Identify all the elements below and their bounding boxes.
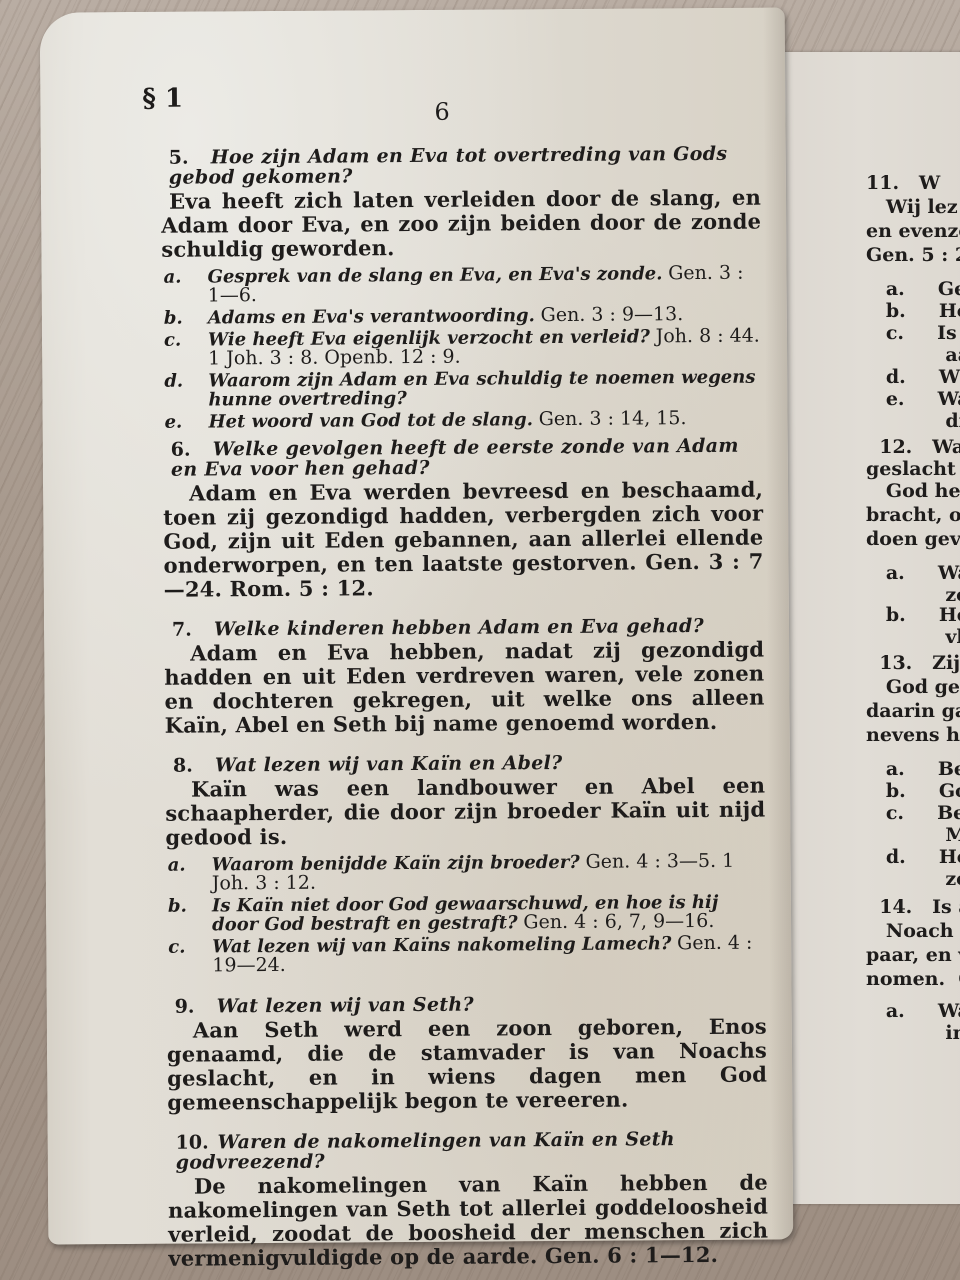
answer: Adam en Eva werden bevreesd en beschaamd… [163, 478, 764, 602]
question-number: 6. [171, 439, 213, 459]
right-page-line: a. Besch [866, 758, 960, 780]
right-page-line: c. Besch [866, 802, 960, 824]
answer: Eva heeft zich laten verleiden door de s… [161, 186, 761, 262]
question: 10.Waren de nakomelingen van Kaïn en Set… [168, 1129, 768, 1173]
question: 9.Wat lezen wij van Seth? [167, 993, 767, 1017]
sub-question: b.Is Kaïn niet door God gewaarschuwd, en… [166, 893, 766, 935]
right-page-line: Noach he [866, 920, 960, 942]
sub-question: e.Het woord van God tot de slang. Gen. 3… [163, 409, 763, 432]
qa-block-9: 9.Wat lezen wij van Seth? Aan Seth werd … [167, 993, 768, 1115]
question-text: Wat lezen wij van Kaïn en Abel? [215, 752, 563, 776]
question-number: 5. [169, 147, 211, 167]
right-page-line: zon [866, 584, 960, 606]
right-page-line: daarin gaa [866, 700, 960, 722]
right-page-line: in de [866, 1022, 960, 1044]
question-text: Wat lezen wij van Seth? [217, 994, 474, 1018]
sub-question: a.Waarom benijdde Kaïn zijn broeder? Gen… [166, 852, 766, 894]
scripture-reference: Gen. 4 : 6, 7, 9—16. [523, 910, 714, 933]
question-number: 7. [172, 619, 214, 639]
question: 8.Wat lezen wij van Kaïn en Abel? [165, 752, 765, 776]
page-header: § 1 6 [142, 80, 742, 84]
sub-question: d.Waarom zijn Adam en Eva schuldig te no… [162, 368, 762, 410]
page-content: 5.Hoe zijn Adam en Eva tot overtreding v… [161, 136, 769, 1271]
right-page-line: zondv [866, 868, 960, 890]
right-page-line: God he [866, 480, 960, 502]
right-page-line: 11. W [866, 172, 960, 194]
right-page-line: doen gever [866, 528, 960, 550]
question: 6.Welke gevolgen heeft de eerste zonde v… [163, 436, 763, 480]
sub-question: c.Wie heeft Eva eigenlijk verzocht en ve… [162, 327, 762, 369]
right-page-line: Matth [866, 824, 960, 846]
question-text: Hoe zijn Adam en Eva tot overtreding van… [169, 143, 728, 189]
right-page-line: 12. Wa [866, 436, 960, 458]
right-page-fragment: 11. W Wij lezen evenzoGen. 5 : 2 a. Ges … [774, 52, 960, 1204]
scripture-reference: Gen. 3 : 9—13. [541, 303, 684, 326]
question-number: 8. [173, 755, 215, 775]
right-page-line: Gen. 5 : 2 [866, 244, 960, 266]
sub-question: c.Wat lezen wij van Kaïns nakomeling Lam… [166, 934, 766, 976]
left-page: § 1 6 5.Hoe zijn Adam en Eva tot overtre… [40, 7, 794, 1244]
section-mark: § 1 [142, 84, 183, 114]
question-number: 9. [175, 996, 217, 1016]
right-page-line: a. Waa [866, 562, 960, 584]
qa-block-10: 10.Waren de nakomelingen van Kaïn en Set… [168, 1129, 769, 1271]
sub-questions: a.Waarom benijdde Kaïn zijn broeder? Gen… [166, 852, 767, 976]
right-page-line: 13. Zijn [866, 652, 960, 674]
question: 5.Hoe zijn Adam en Eva tot overtreding v… [161, 144, 761, 188]
right-page-line: e. Wad [866, 388, 960, 410]
answer: Aan Seth werd een zoon geboren, Enos gen… [167, 1015, 768, 1115]
right-page-line: d. Wie [866, 366, 960, 388]
question-text: Waren de nakomelingen van Kaïn en Seth g… [176, 1128, 675, 1173]
answer: Kaïn was een landbouwer en Abel een scha… [165, 774, 765, 850]
qa-block-8: 8.Wat lezen wij van Kaïn en Abel? Kaïn w… [165, 752, 767, 976]
right-page-line: geslacht ges [866, 458, 960, 480]
right-page-line: b. Hebb [866, 604, 960, 626]
right-page-line: God geb [866, 676, 960, 698]
right-page-line: a. Ges [866, 278, 960, 300]
right-page-line: aard [866, 344, 960, 366]
scripture-reference: Gen. 3 : 14, 15. [539, 407, 687, 430]
right-page-line: b. Hoe [866, 300, 960, 322]
answer: De nakomelingen van Kaïn hebben de nakom… [168, 1171, 769, 1271]
question-number: 10. [176, 1132, 218, 1152]
right-page-line: d. Hoe [866, 846, 960, 868]
qa-block-6: 6.Welke gevolgen heeft de eerste zonde v… [163, 436, 764, 602]
right-page-line: a. Wann [866, 1000, 960, 1022]
right-page-line: paar, en va [866, 944, 960, 966]
right-page-line: en evenzo [866, 220, 960, 242]
answer: Adam en Eva hebben, nadat zij gezondigd … [164, 638, 765, 738]
right-page-line: 14. Is al [866, 896, 960, 918]
sub-questions: a.Gesprek van de slang en Eva, en Eva's … [161, 264, 762, 432]
right-page-line: vloed [866, 626, 960, 648]
right-page-line: b. Gods [866, 780, 960, 802]
right-page-line: nevens hun [866, 724, 960, 746]
qa-block-5: 5.Hoe zijn Adam en Eva tot overtreding v… [161, 144, 763, 432]
sub-question: a.Gesprek van de slang en Eva, en Eva's … [161, 264, 761, 306]
qa-block-7: 7.Welke kinderen hebben Adam en Eva geha… [164, 616, 765, 738]
right-page-line: Wij lez [866, 196, 960, 218]
question: 7.Welke kinderen hebben Adam en Eva geha… [164, 616, 764, 640]
right-page-line: dien [866, 410, 960, 432]
question-text: Welke gevolgen heeft de eerste zonde van… [171, 435, 739, 481]
right-page-line: c. Is [866, 322, 960, 344]
right-page-line: nomen. Ge [866, 968, 960, 990]
page-number: 6 [434, 98, 449, 126]
right-page-line: bracht, or [866, 504, 960, 526]
